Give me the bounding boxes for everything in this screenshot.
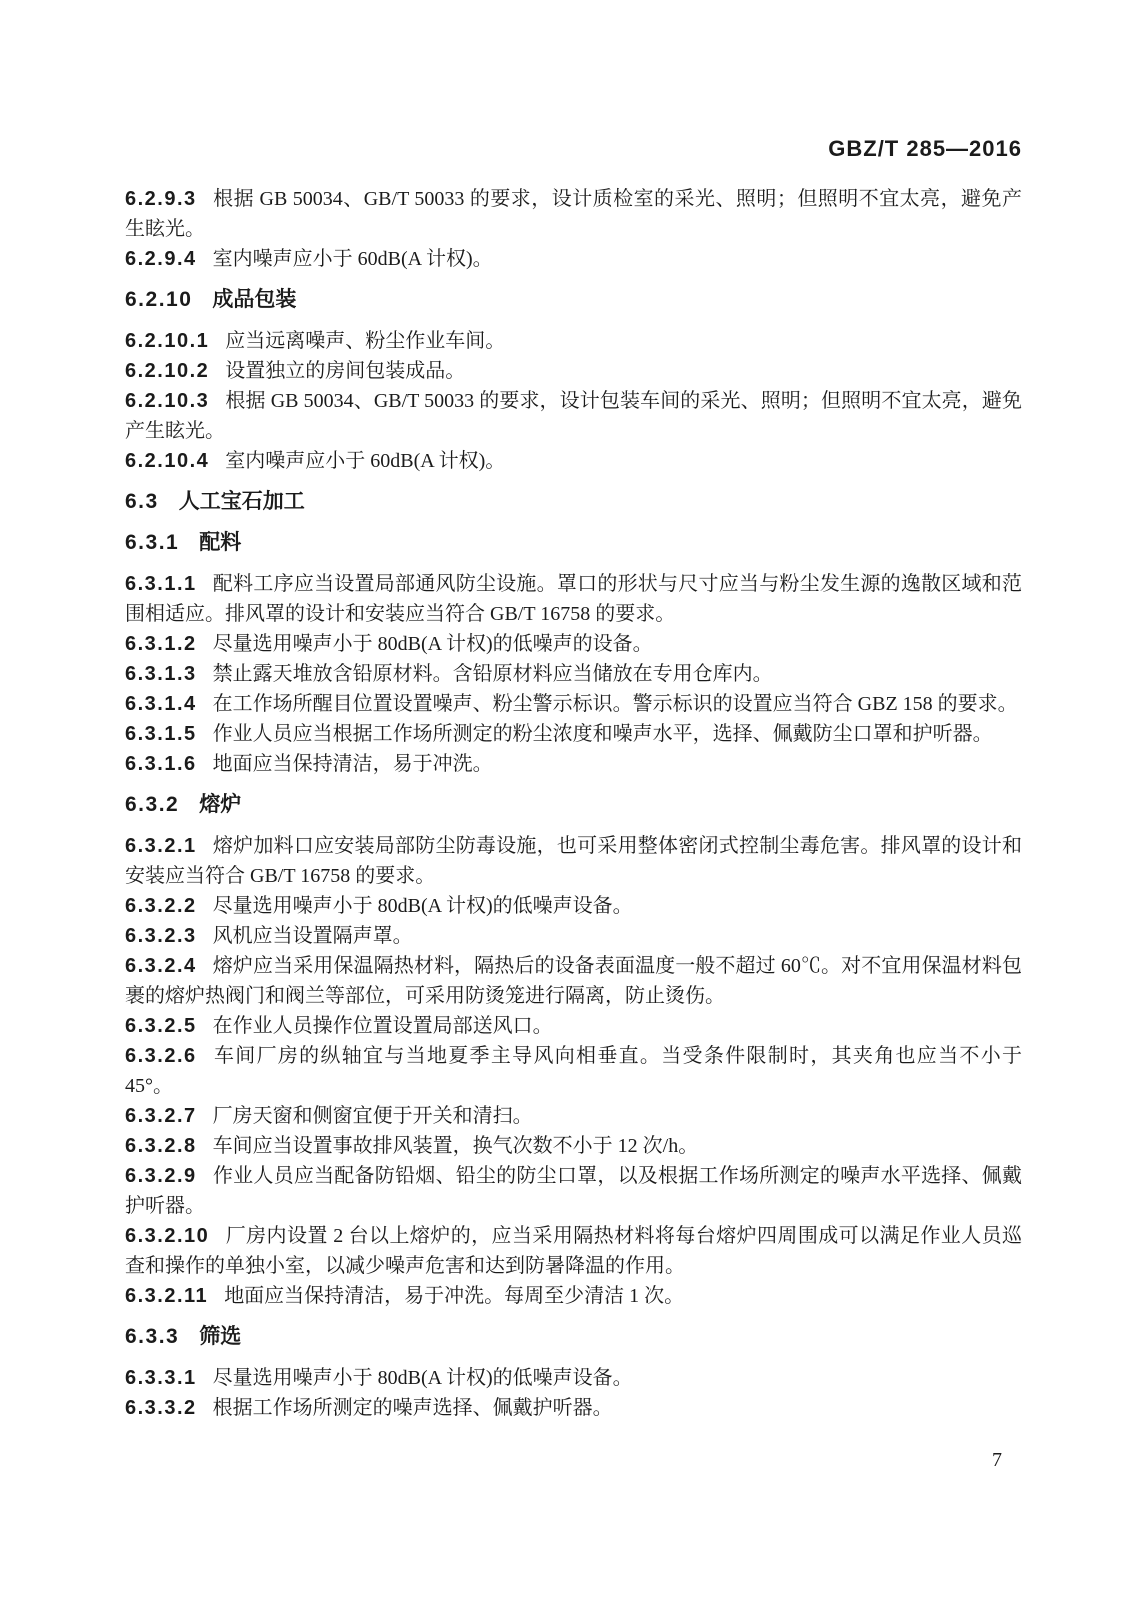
document-code-header: GBZ/T 285—2016: [125, 136, 1022, 162]
clause-text: 作业人员应当配备防铅烟、铅尘的防尘口罩，以及根据工作场所测定的噪声水平选择、佩戴…: [125, 1165, 1022, 1217]
clause-6-3-2-3: 6.3.2.3风机应当设置隔声罩。: [125, 921, 1022, 951]
clause-6-2-10-2: 6.2.10.2设置独立的房间包装成品。: [125, 356, 1022, 386]
clause-text: 尽量选用噪声小于 80dB(A 计权)的低噪声设备。: [213, 895, 633, 917]
clause-6-3-1-4: 6.3.1.4在工作场所醒目位置设置噪声、粉尘警示标识。警示标识的设置应当符合 …: [125, 689, 1022, 719]
clause-number: 6.3.2.4: [125, 955, 197, 977]
clause-6-3-2-6: 6.3.2.6车间厂房的纵轴宜与当地夏季主导风向相垂直。当受条件限制时，其夹角也…: [125, 1041, 1022, 1101]
clause-text: 应当远离噪声、粉尘作业车间。: [225, 330, 505, 352]
clause-6-3-1-5: 6.3.1.5作业人员应当根据工作场所测定的粉尘浓度和噪声水平，选择、佩戴防尘口…: [125, 719, 1022, 749]
clause-text: 根据工作场所测定的噪声选择、佩戴护听器。: [213, 1397, 613, 1419]
heading-number: 6.3.2: [125, 793, 179, 816]
clause-text: 厂房天窗和侧窗宜便于开关和清扫。: [213, 1105, 533, 1127]
section-heading-6-3-3: 6.3.3筛选: [125, 1322, 1022, 1352]
clause-number: 6.2.9.3: [125, 188, 197, 210]
clause-number: 6.3.3.1: [125, 1367, 197, 1389]
clause-number: 6.3.2.5: [125, 1015, 197, 1037]
clause-number: 6.3.2.2: [125, 895, 197, 917]
clause-text: 风机应当设置隔声罩。: [213, 925, 413, 947]
clause-6-3-1-2: 6.3.1.2尽量选用噪声小于 80dB(A 计权)的低噪声的设备。: [125, 629, 1022, 659]
clause-number: 6.2.10.1: [125, 330, 209, 352]
section-heading-6-3-2: 6.3.2熔炉: [125, 790, 1022, 820]
clause-text: 配料工序应当设置局部通风防尘设施。罩口的形状与尺寸应当与粉尘发生源的逸散区域和范…: [125, 573, 1022, 625]
clause-6-3-1-6: 6.3.1.6地面应当保持清洁，易于冲洗。: [125, 749, 1022, 779]
clause-6-2-10-4: 6.2.10.4室内噪声应小于 60dB(A 计权)。: [125, 446, 1022, 476]
clause-number: 6.3.3.2: [125, 1397, 197, 1419]
clause-text: 设置独立的房间包装成品。: [225, 360, 465, 382]
heading-text: 熔炉: [199, 793, 241, 816]
clause-number: 6.3.2.8: [125, 1135, 197, 1157]
clause-number: 6.3.2.9: [125, 1165, 197, 1187]
clause-number: 6.3.2.10: [125, 1225, 209, 1247]
clause-number: 6.3.1.2: [125, 633, 197, 655]
clause-6-3-1-3: 6.3.1.3禁止露天堆放含铅原材料。含铅原材料应当储放在专用仓库内。: [125, 659, 1022, 689]
clause-text: 熔炉加料口应安装局部防尘防毒设施，也可采用整体密闭式控制尘毒危害。排风罩的设计和…: [125, 835, 1022, 887]
clause-6-2-10-3: 6.2.10.3根据 GB 50034、GB/T 50033 的要求，设计包装车…: [125, 386, 1022, 446]
clause-text: 厂房内设置 2 台以上熔炉的，应当采用隔热材料将每台熔炉四周围成可以满足作业人员…: [125, 1225, 1022, 1277]
clause-text: 室内噪声应小于 60dB(A 计权)。: [225, 450, 505, 472]
clause-text: 在工作场所醒目位置设置噪声、粉尘警示标识。警示标识的设置应当符合 GBZ 158…: [213, 693, 1018, 715]
clause-6-2-9-4: 6.2.9.4室内噪声应小于 60dB(A 计权)。: [125, 244, 1022, 274]
clause-number: 6.3.2.11: [125, 1285, 208, 1307]
clause-text: 室内噪声应小于 60dB(A 计权)。: [213, 248, 493, 270]
clause-6-3-2-2: 6.3.2.2尽量选用噪声小于 80dB(A 计权)的低噪声设备。: [125, 891, 1022, 921]
clause-text: 尽量选用噪声小于 80dB(A 计权)的低噪声的设备。: [213, 633, 653, 655]
clause-text: 作业人员应当根据工作场所测定的粉尘浓度和噪声水平，选择、佩戴防尘口罩和护听器。: [213, 723, 993, 745]
clause-number: 6.3.1.1: [125, 573, 197, 595]
clause-number: 6.3.2.6: [125, 1045, 197, 1067]
clause-number: 6.3.1.4: [125, 693, 197, 715]
document-page: GBZ/T 285—2016 6.2.9.3根据 GB 50034、GB/T 5…: [0, 0, 1132, 1600]
clause-6-3-3-1: 6.3.3.1尽量选用噪声小于 80dB(A 计权)的低噪声设备。: [125, 1363, 1022, 1393]
heading-text: 筛选: [199, 1325, 241, 1348]
clause-text: 根据 GB 50034、GB/T 50033 的要求，设计质检室的采光、照明；但…: [125, 188, 1022, 240]
heading-text: 配料: [199, 531, 241, 554]
heading-number: 6.3.3: [125, 1325, 179, 1348]
clause-6-3-2-1: 6.3.2.1熔炉加料口应安装局部防尘防毒设施，也可采用整体密闭式控制尘毒危害。…: [125, 831, 1022, 891]
clause-text: 车间应当设置事故排风装置，换气次数不小于 12 次/h。: [213, 1135, 699, 1157]
heading-text: 成品包装: [212, 288, 296, 311]
clause-6-2-10-1: 6.2.10.1应当远离噪声、粉尘作业车间。: [125, 326, 1022, 356]
clause-text: 根据 GB 50034、GB/T 50033 的要求，设计包装车间的采光、照明；…: [125, 390, 1022, 442]
clause-6-3-1-1: 6.3.1.1配料工序应当设置局部通风防尘设施。罩口的形状与尺寸应当与粉尘发生源…: [125, 569, 1022, 629]
heading-number: 6.2.10: [125, 288, 192, 311]
clause-6-3-2-7: 6.3.2.7厂房天窗和侧窗宜便于开关和清扫。: [125, 1101, 1022, 1131]
clause-text: 地面应当保持清洁，易于冲洗。每周至少清洁 1 次。: [224, 1285, 684, 1307]
clause-6-3-2-9: 6.3.2.9作业人员应当配备防铅烟、铅尘的防尘口罩，以及根据工作场所测定的噪声…: [125, 1161, 1022, 1221]
section-heading-6-3: 6.3人工宝石加工: [125, 487, 1022, 517]
clause-6-3-3-2: 6.3.3.2根据工作场所测定的噪声选择、佩戴护听器。: [125, 1393, 1022, 1423]
clause-text: 尽量选用噪声小于 80dB(A 计权)的低噪声设备。: [213, 1367, 633, 1389]
clause-number: 6.2.10.4: [125, 450, 209, 472]
page-content: GBZ/T 285—2016 6.2.9.3根据 GB 50034、GB/T 5…: [125, 136, 1022, 1423]
clause-text: 车间厂房的纵轴宜与当地夏季主导风向相垂直。当受条件限制时，其夹角也应当不小于 4…: [125, 1045, 1022, 1097]
clause-number: 6.3.1.5: [125, 723, 197, 745]
clause-6-2-9-3: 6.2.9.3根据 GB 50034、GB/T 50033 的要求，设计质检室的…: [125, 184, 1022, 244]
clause-text: 在作业人员操作位置设置局部送风口。: [213, 1015, 553, 1037]
clause-text: 地面应当保持清洁，易于冲洗。: [213, 753, 493, 775]
clause-6-3-2-5: 6.3.2.5在作业人员操作位置设置局部送风口。: [125, 1011, 1022, 1041]
clause-number: 6.2.10.3: [125, 390, 209, 412]
heading-text: 人工宝石加工: [179, 490, 305, 513]
page-number: 7: [992, 1449, 1002, 1472]
clause-6-3-2-11: 6.3.2.11地面应当保持清洁，易于冲洗。每周至少清洁 1 次。: [125, 1281, 1022, 1311]
clause-number: 6.3.1.3: [125, 663, 197, 685]
clause-number: 6.2.10.2: [125, 360, 209, 382]
clause-number: 6.3.2.7: [125, 1105, 197, 1127]
clause-text: 熔炉应当采用保温隔热材料，隔热后的设备表面温度一般不超过 60℃。对不宜用保温材…: [125, 955, 1022, 1007]
heading-number: 6.3: [125, 490, 159, 513]
heading-number: 6.3.1: [125, 531, 179, 554]
clause-6-3-2-10: 6.3.2.10厂房内设置 2 台以上熔炉的，应当采用隔热材料将每台熔炉四周围成…: [125, 1221, 1022, 1281]
clause-number: 6.3.2.3: [125, 925, 197, 947]
section-heading-6-2-10: 6.2.10成品包装: [125, 285, 1022, 315]
clause-text: 禁止露天堆放含铅原材料。含铅原材料应当储放在专用仓库内。: [213, 663, 773, 685]
clause-number: 6.2.9.4: [125, 248, 197, 270]
clause-6-3-2-4: 6.3.2.4熔炉应当采用保温隔热材料，隔热后的设备表面温度一般不超过 60℃。…: [125, 951, 1022, 1011]
clause-6-3-2-8: 6.3.2.8车间应当设置事故排风装置，换气次数不小于 12 次/h。: [125, 1131, 1022, 1161]
clause-number: 6.3.1.6: [125, 753, 197, 775]
section-heading-6-3-1: 6.3.1配料: [125, 528, 1022, 558]
clause-number: 6.3.2.1: [125, 835, 197, 857]
